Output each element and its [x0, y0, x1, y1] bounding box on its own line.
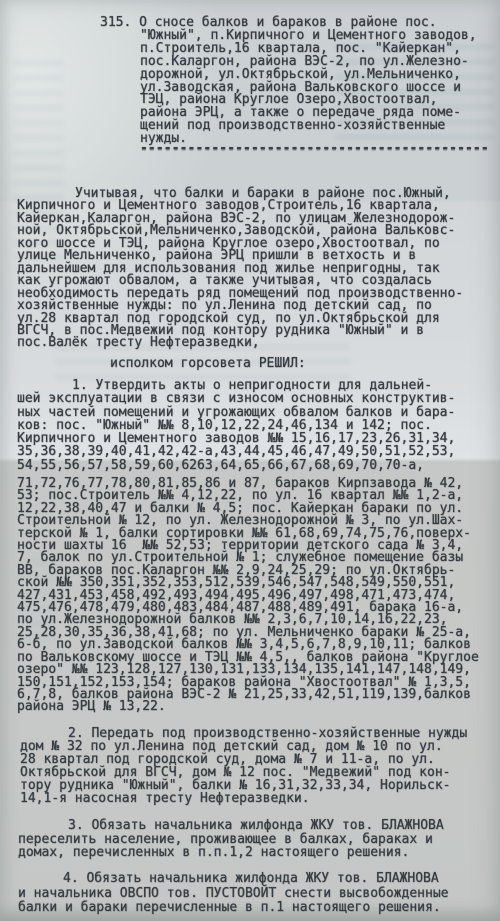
item-4-paragraph: 4. Обязать начальника жилфонда ЖКУ тов. … — [18, 872, 496, 916]
item-4-line: и начальника ОВСПО тов. ПУСТОВОЙТ снести… — [18, 887, 496, 902]
item-1-line: района ЭРЦ № 13,22. — [17, 701, 497, 713]
heading-underline: ----------------------------------------… — [140, 141, 496, 156]
item-4-line: балки и бараки перечисленные в п.1 насто… — [18, 901, 496, 916]
item-1-line: 35,36,38,39,40,41,42,42-а,43,44,45,46,47… — [17, 445, 497, 458]
resolution-intro: исполком горсовета РЕШИЛ: — [110, 356, 306, 371]
item-4-line: 4. Обязать начальника жилфонда ЖКУ тов. … — [18, 872, 496, 887]
heading-line: щений под производственно-хозяйственные — [140, 120, 496, 133]
item-2-paragraph: 2. Передать под производственно-хозяйств… — [20, 728, 496, 805]
item-3-line: переселить население, проживающее в балк… — [18, 833, 496, 847]
item-1-line: ных частей помещений и угрожающих обвало… — [17, 406, 497, 419]
scanned-decision-page: 315. О сносе балков и бараков в районе п… — [0, 0, 500, 921]
item-2-line: 14,1-я насосная тресту Нефтеразведки. — [20, 793, 496, 806]
preamble-paragraph: Учитывая, что балки и бараки в районе по… — [17, 188, 495, 350]
item-1-line: Кирпичного и Цементного заводов №№ 15,16… — [17, 432, 497, 445]
item-3-line: домах, перечисленных в п.п.1,2 настоящег… — [18, 846, 496, 860]
preamble-line: пос.Валёк тресту Нефтеразведки, — [17, 337, 495, 349]
item-1-paragraph-lower: 71,72,76,77,78,80,81,85,86 и 87, бараков… — [17, 478, 497, 714]
item-1-line: 54,55,56,57,58,59,60,6263,64,65,66,67,68… — [17, 459, 497, 472]
decision-heading: 315. О сносе балков и бараков в районе п… — [140, 17, 496, 146]
item-3-paragraph: 3. Обязать начальника жилфонда ЖКУ тов. … — [18, 819, 496, 860]
item-1-line: шей эксплуатации в связи с износом основ… — [17, 392, 497, 405]
item-1-paragraph-upper: 1. Утвердить акты о непригодности для да… — [17, 379, 497, 472]
item-3-line: 3. Обязать начальника жилфонда ЖКУ тов. … — [18, 819, 496, 833]
